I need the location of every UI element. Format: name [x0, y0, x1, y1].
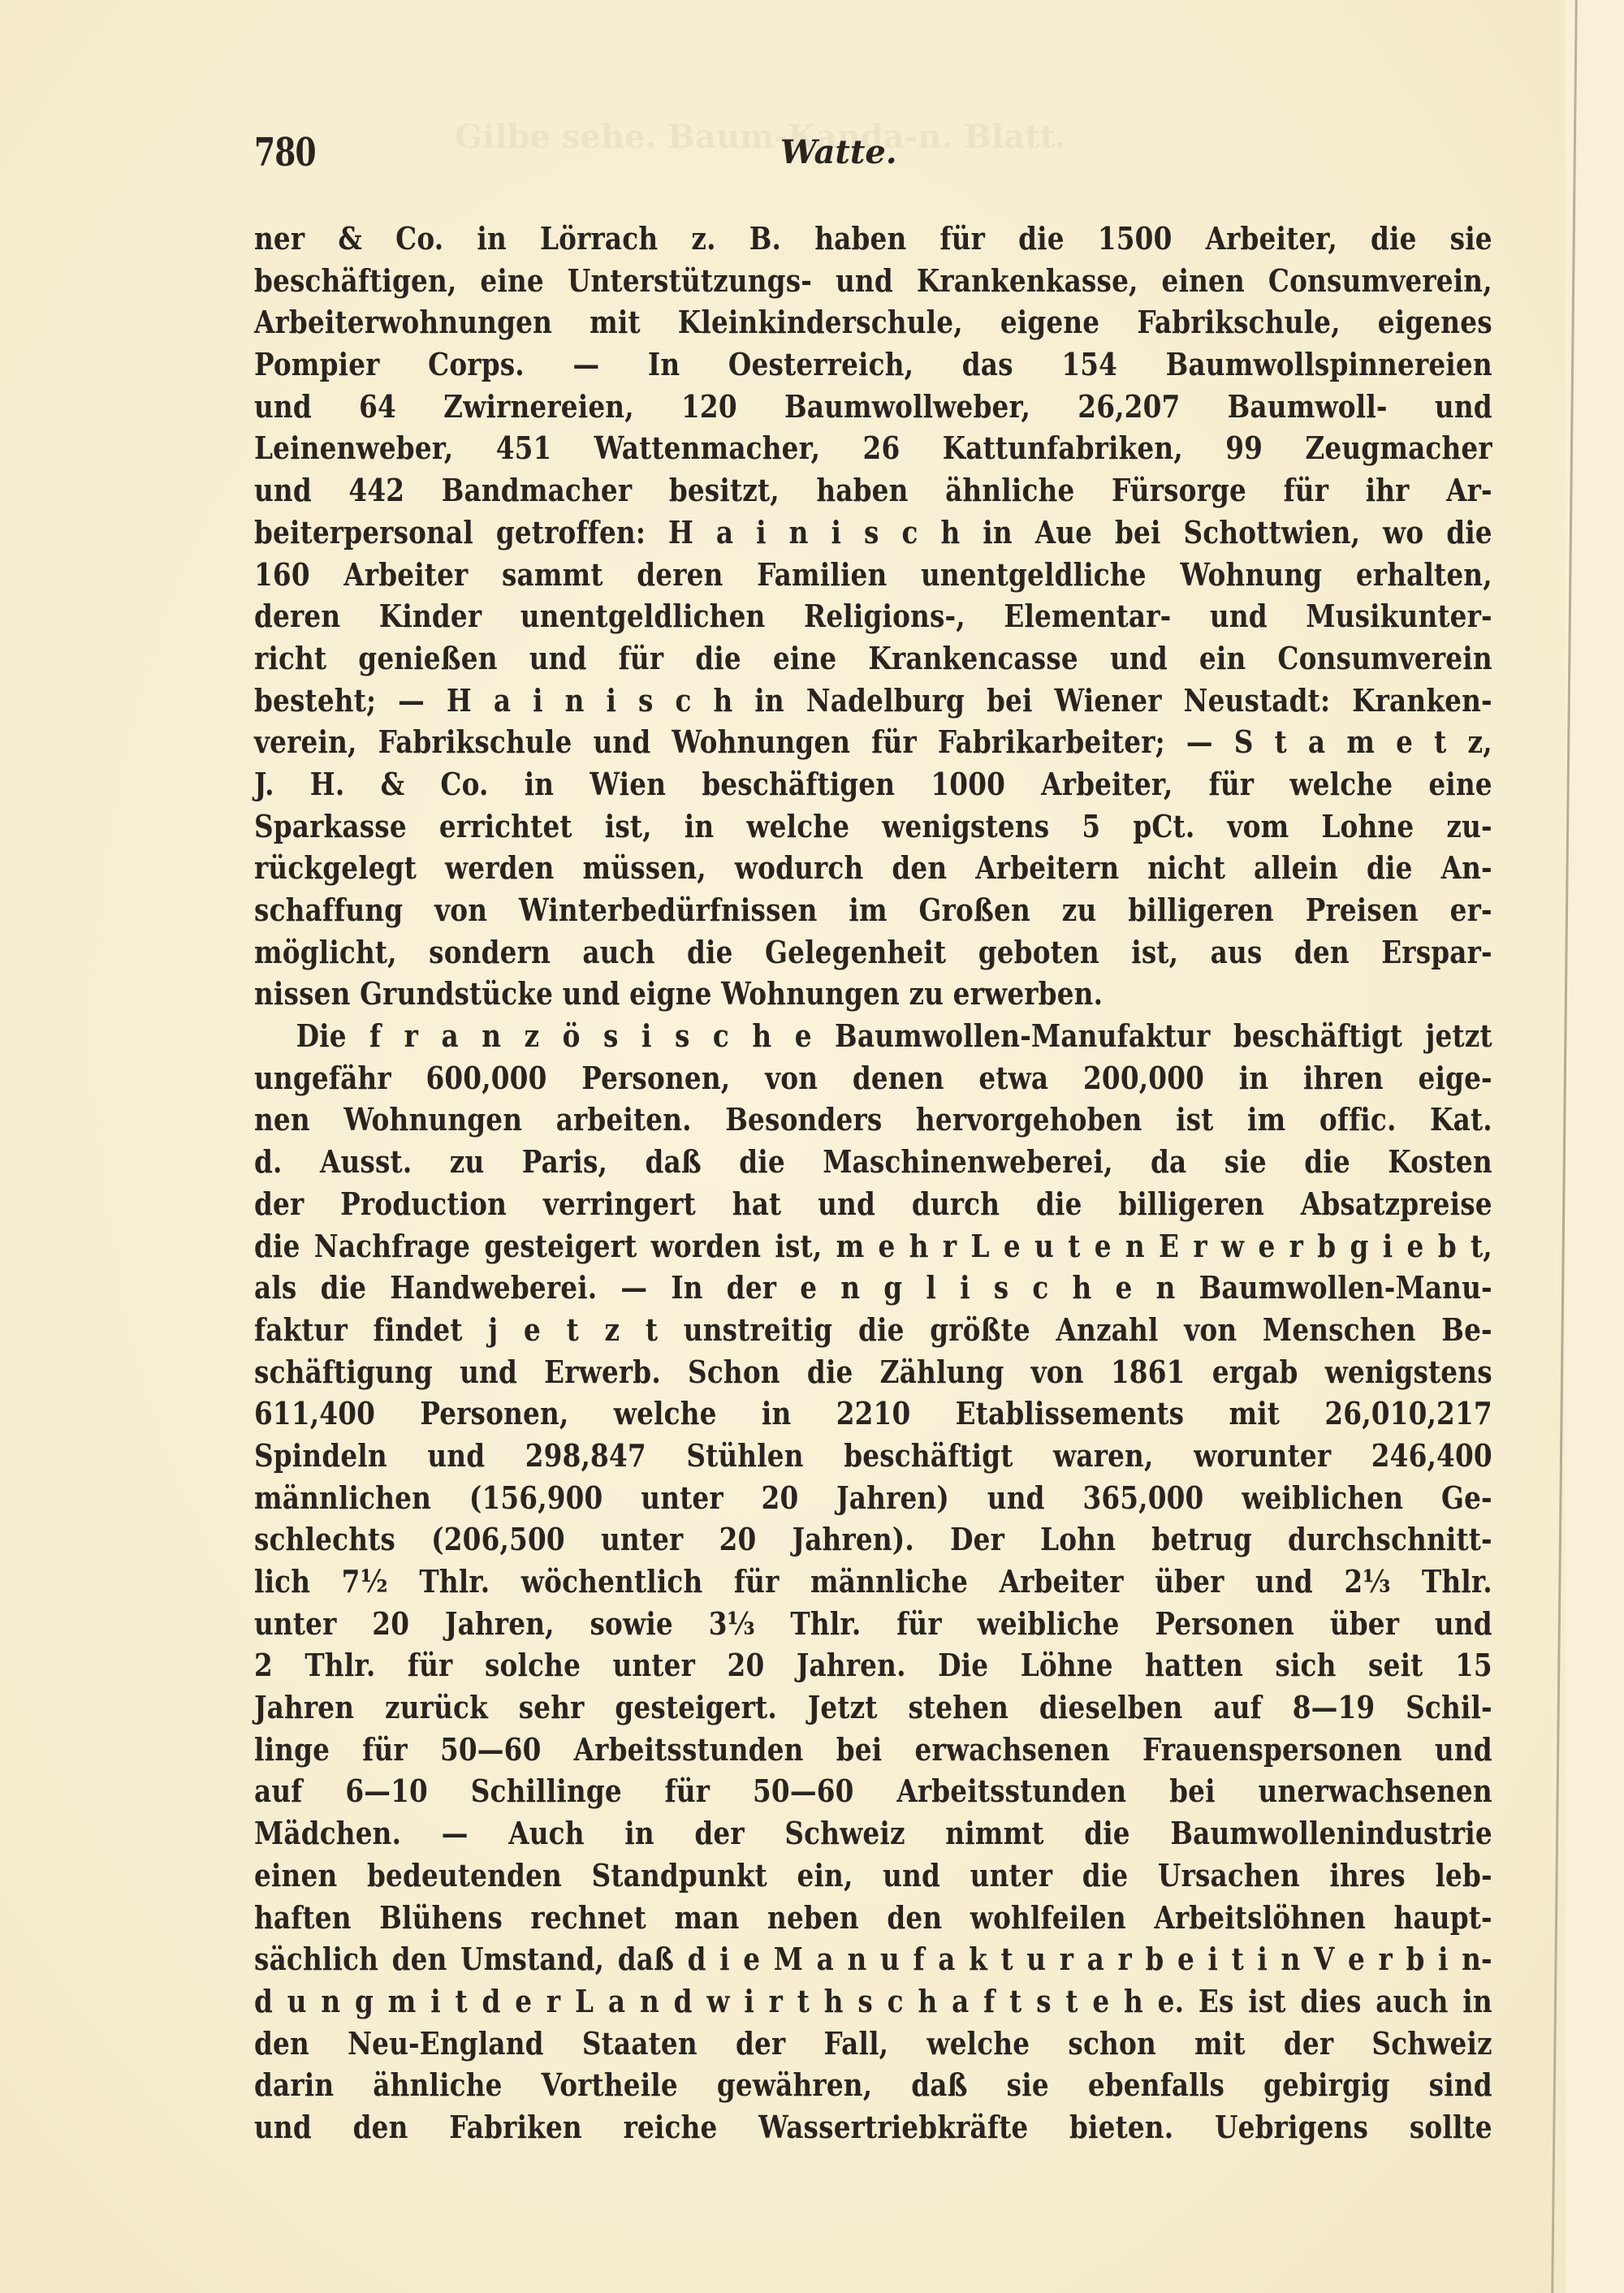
- text-line: rückgelegt werden müssen, wodurch den Ar…: [254, 847, 1492, 889]
- text-line: ungefähr 600,000 Personen, von denen etw…: [254, 1057, 1492, 1099]
- text-line: die Nachfrage gesteigert worden ist, m e…: [254, 1225, 1492, 1267]
- text-line: verein, Fabrikschule und Wohnungen für F…: [254, 721, 1492, 763]
- text-line: Pompier Corps. — In Oesterreich, das 154…: [254, 343, 1492, 386]
- page-number: 780: [254, 130, 316, 175]
- text-line: sächlich den Umstand, daß d i e M a n u …: [254, 1938, 1492, 1980]
- text-line: 2 Thlr. für solche unter 20 Jahren. Die …: [254, 1644, 1492, 1686]
- text-line: nissen Grundstücke und eigne Wohnungen z…: [254, 973, 1492, 1015]
- text-line: männlichen (156,900 unter 20 Jahren) und…: [254, 1477, 1492, 1519]
- text-line: auf 6—10 Schillinge für 50—60 Arbeitsstu…: [254, 1770, 1492, 1812]
- text-line: J. H. & Co. in Wien beschäftigen 1000 Ar…: [254, 763, 1492, 805]
- text-line: beiterpersonal getroffen: H a i n i s c …: [254, 512, 1492, 554]
- text-line: linge für 50—60 Arbeitsstunden bei erwac…: [254, 1729, 1492, 1771]
- text-line: unter 20 Jahren, sowie 3⅓ Thlr. für weib…: [254, 1603, 1492, 1645]
- text-line: deren Kinder unentgeldlichen Religions-,…: [254, 595, 1492, 637]
- text-line: d. Ausst. zu Paris, daß die Maschinenweb…: [254, 1141, 1492, 1183]
- text-line: schäftigung und Erwerb. Schon die Zählun…: [254, 1351, 1492, 1393]
- text-line: als die Handweberei. — In der e n g l i …: [254, 1267, 1492, 1309]
- text-line: Leinenweber, 451 Wattenmacher, 26 Kattun…: [254, 427, 1492, 469]
- text-line: haften Blühens rechnet man neben den woh…: [254, 1897, 1492, 1939]
- text-line: 611,400 Personen, welche in 2210 Etablis…: [254, 1393, 1492, 1435]
- text-line: lich 7½ Thlr. wöchentlich für männliche …: [254, 1561, 1492, 1603]
- text-line: und 442 Bandmacher besitzt, haben ähnlic…: [254, 469, 1492, 512]
- text-line: Spindeln und 298,847 Stühlen beschäftigt…: [254, 1435, 1492, 1477]
- text-line: schaffung von Winterbedürfnissen im Groß…: [254, 889, 1492, 931]
- text-line: den Neu-England Staaten der Fall, welche…: [254, 2023, 1492, 2065]
- text-line: darin ähnliche Vortheile gewähren, daß s…: [254, 2064, 1492, 2106]
- running-title: Watte.: [780, 133, 897, 171]
- text-line: Die f r a n z ö s i s c h e Baumwollen-M…: [254, 1015, 1492, 1057]
- adjacent-page-edge: [1566, 0, 1624, 2293]
- text-line: schlechts (206,500 unter 20 Jahren). Der…: [254, 1518, 1492, 1561]
- paragraph: Die f r a n z ö s i s c h e Baumwollen-M…: [254, 1015, 1492, 2148]
- text-line: nen Wohnungen arbeiten. Besonders hervor…: [254, 1099, 1492, 1141]
- paragraph: ner & Co. in Lörrach z. B. haben für die…: [254, 218, 1492, 1015]
- text-line: und 64 Zwirnereien, 120 Baumwollweber, 2…: [254, 386, 1492, 428]
- text-line: ner & Co. in Lörrach z. B. haben für die…: [254, 218, 1492, 260]
- book-page: Gilbe sehe. Baum-Kanda-n. Blatt. 780 Wat…: [0, 0, 1624, 2293]
- text-line: richt genießen und für die eine Krankenc…: [254, 637, 1492, 680]
- page-header: 780 Watte.: [254, 130, 1492, 187]
- text-line: Mädchen. — Auch in der Schweiz nimmt die…: [254, 1812, 1492, 1855]
- text-line: d u n g m i t d e r L a n d w i r t h s …: [254, 1980, 1492, 2023]
- text-line: faktur findet j e t z t unstreitig die g…: [254, 1309, 1492, 1351]
- text-line: einen bedeutenden Standpunkt ein, und un…: [254, 1855, 1492, 1897]
- text-line: beschäftigen, eine Unterstützungs- und K…: [254, 260, 1492, 302]
- text-line: möglicht, sondern auch die Gelegenheit g…: [254, 931, 1492, 974]
- text-line: 160 Arbeiter sammt deren Familien unentg…: [254, 554, 1492, 596]
- text-line: besteht; — H a i n i s c h in Nadelburg …: [254, 680, 1492, 722]
- text-line: Sparkasse errichtet ist, in welche wenig…: [254, 805, 1492, 848]
- text-line: Jahren zurück sehr gesteigert. Jetzt ste…: [254, 1686, 1492, 1729]
- body-text: ner & Co. in Lörrach z. B. haben für die…: [254, 218, 1492, 2148]
- text-line: und den Fabriken reiche Wassertriebkräft…: [254, 2106, 1492, 2148]
- text-line: Arbeiterwohnungen mit Kleinkinderschule,…: [254, 301, 1492, 343]
- text-line: der Production verringert hat und durch …: [254, 1183, 1492, 1225]
